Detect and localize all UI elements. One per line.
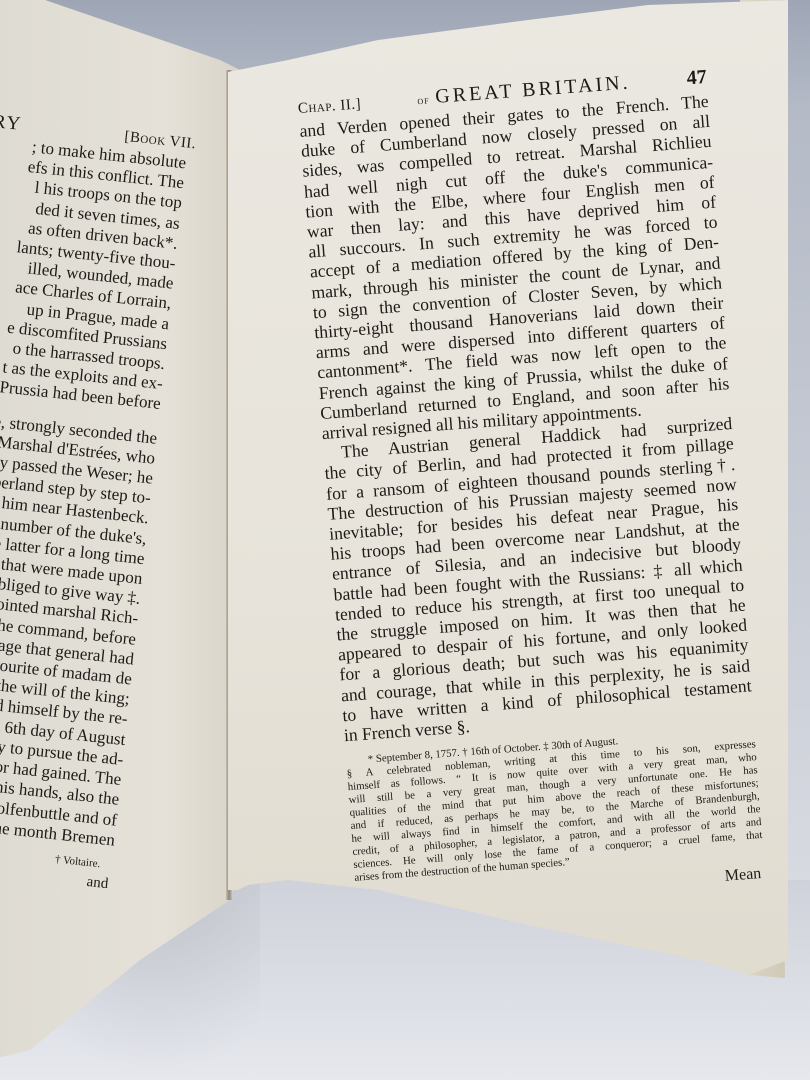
chapter-label: Chap. II.] [297,96,361,118]
page-number: 47 [686,66,708,90]
left-running-title: ORY [0,109,23,136]
right-page-text: Chap. II.] ofGREAT BRITAIN. 47 and Verde… [297,66,766,913]
left-page: ORY [Book VII. ; to make him absoluteefs… [0,0,240,1060]
left-body: ; to make him absoluteefs in this confli… [0,131,215,853]
left-page-text: ORY [Book VII. ; to make him absoluteefs… [0,0,229,896]
right-footnotes: * September 8, 1757. † 16th of October. … [345,725,763,885]
right-body: and Verden opened their gates to the Fre… [299,91,754,746]
left-footnote-voltaire: † Voltaire. [54,852,101,871]
